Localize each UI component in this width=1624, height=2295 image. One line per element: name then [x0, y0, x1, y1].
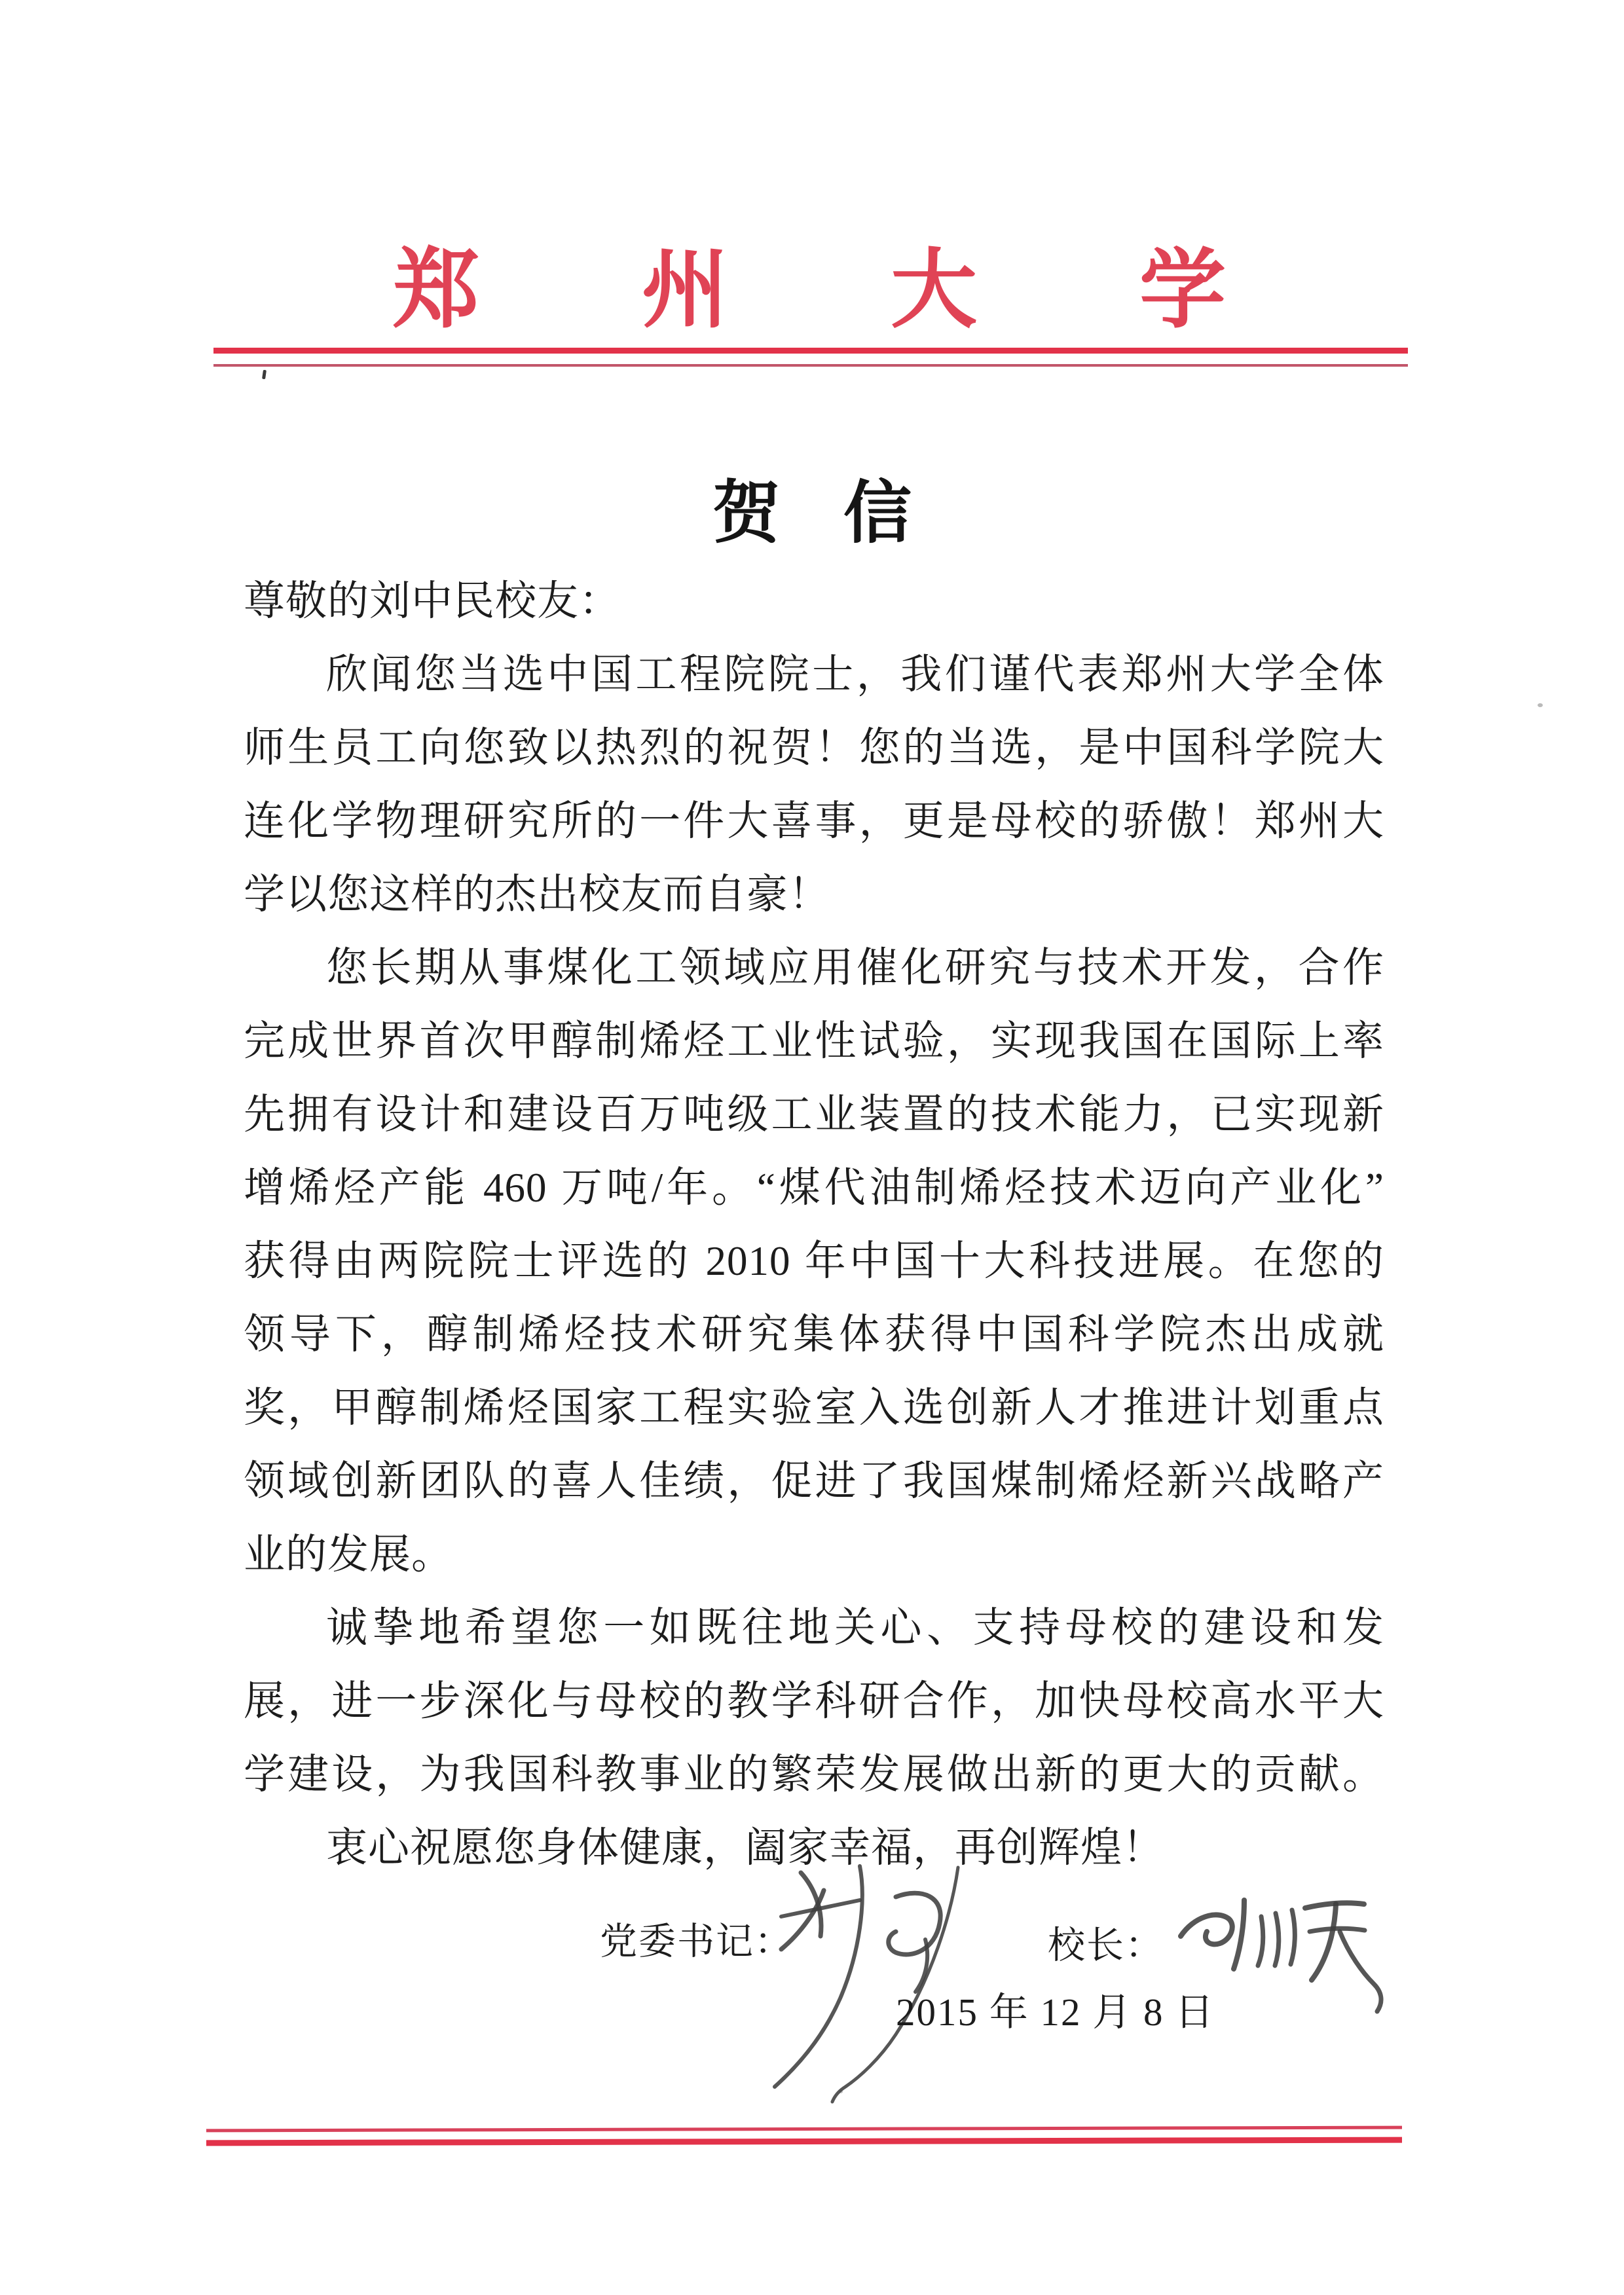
- letter-body: 尊敬的刘中民校友： 欣闻您当选中国工程院院士，我们谨代表郑州大学全体 师生员工向…: [244, 564, 1384, 1884]
- body-line: 诚挚地希望您一如既往地关心、支持母校的建设和发: [244, 1591, 1384, 1664]
- letterhead-rule-thick: [213, 348, 1408, 354]
- body-line: 获得由两院院士评选的 2010 年中国十大科技进展。在您的: [244, 1224, 1384, 1298]
- letter-title-char: 贺: [712, 477, 781, 551]
- letterhead-rule-thin: [213, 364, 1408, 367]
- body-line: 展，进一步深化与母校的教学科研合作，加快母校高水平大: [244, 1664, 1384, 1738]
- body-line: 先拥有设计和建设百万吨级工业装置的技术能力，已实现新: [244, 1078, 1384, 1151]
- body-line: 业的发展。: [244, 1518, 1384, 1591]
- body-line: 学建设，为我国科教事业的繁荣发展做出新的更大的贡献。: [244, 1738, 1384, 1811]
- footer-rule-thin: [206, 2126, 1402, 2133]
- party-secretary-handwritten-signature-icon: [762, 1861, 987, 2116]
- letter-title-char: 信: [843, 477, 912, 551]
- salutation-line: 尊敬的刘中民校友：: [244, 564, 1384, 638]
- letterhead-char: 州: [642, 248, 728, 334]
- body-line: 连化学物理研究所的一件大喜事，更是母校的骄傲！郑州大: [244, 784, 1384, 858]
- body-line: 奖，甲醇制烯烃国家工程实验室入选创新人才推进计划重点: [244, 1371, 1384, 1444]
- scan-artifact-dot: [840, 2090, 843, 2093]
- footer-rule-thick: [206, 2137, 1402, 2146]
- body-line: 欣闻您当选中国工程院院士，我们谨代表郑州大学全体: [244, 638, 1384, 711]
- body-line: 您长期从事煤化工领域应用催化研究与技术开发，合作: [244, 931, 1384, 1004]
- letter-date: 2015 年 12 月 8 日: [896, 1989, 1215, 2036]
- scan-artifact-tick: [262, 370, 267, 380]
- letterhead-char: 郑: [393, 248, 479, 334]
- body-line: 增烯烃产能 460 万吨/年。“煤代油制烯烃技术迈向产业化”: [244, 1151, 1384, 1224]
- president-label: 校长：: [1048, 1927, 1164, 1964]
- body-line: 领导下，醇制烯烃技术研究集体获得中国科学院杰出成就: [244, 1298, 1384, 1371]
- letterhead-char: 学: [1139, 248, 1226, 334]
- body-line: 学以您这样的杰出校友而自豪！: [244, 858, 1384, 931]
- body-line: 师生员工向您致以热烈的祝贺！您的当选，是中国科学院大: [244, 711, 1384, 784]
- body-line: 领域创新团队的喜人佳绩，促进了我国煤制烯烃新兴战略产: [244, 1444, 1384, 1518]
- letter-title: 贺 信: [0, 477, 1624, 551]
- scan-artifact-dot: [1538, 703, 1543, 707]
- congratulatory-letter-page: 郑 州 大 学 贺 信 尊敬的刘中民校友： 欣闻您当选中国工程院院士，我们谨代表…: [0, 0, 1624, 2295]
- letterhead-char: 大: [891, 248, 977, 334]
- university-letterhead: 郑 州 大 学: [393, 248, 1226, 334]
- body-line: 完成世界首次甲醇制烯烃工业性试验，实现我国在国际上率: [244, 1004, 1384, 1078]
